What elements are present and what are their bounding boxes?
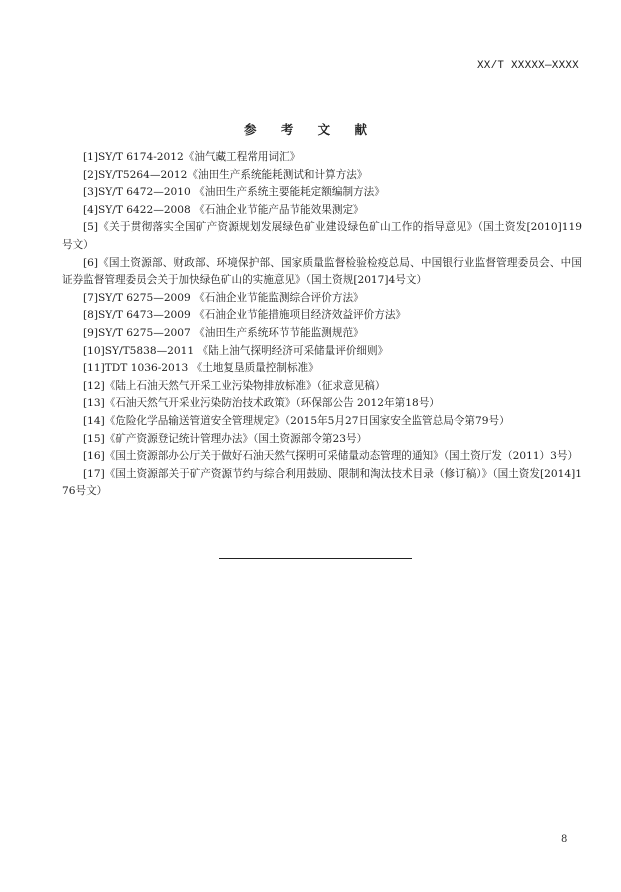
reference-item: [8]SY/T 6473—2009 《石油企业节能措施项目经济效益评价方法》 bbox=[62, 307, 582, 325]
end-divider-line bbox=[219, 558, 412, 559]
page-number: 8 bbox=[561, 834, 567, 845]
reference-item: [11]TDT 1036-2013 《土地复垦质量控制标准》 bbox=[62, 360, 582, 378]
reference-item: [4]SY/T 6422—2008 《石油企业节能产品节能效果测定》 bbox=[62, 202, 582, 220]
reference-item: [9]SY/T 6275—2007 《油田生产系统环节节能监测规范》 bbox=[62, 325, 582, 343]
reference-item: [7]SY/T 6275—2009 《石油企业节能监测综合评价方法》 bbox=[62, 290, 582, 308]
reference-item: [2]SY/T5264—2012《油田生产系统能耗测试和计算方法》 bbox=[62, 167, 582, 185]
reference-item: [3]SY/T 6472—2010 《油田生产系统主要能耗定额编制方法》 bbox=[62, 184, 582, 202]
reference-item: [13]《石油天然气开采业污染防治技术政策》（环保部公告 2012年第18号） bbox=[62, 395, 582, 413]
reference-item: [15]《矿产资源登记统计管理办法》（国土资源部令第23号） bbox=[62, 431, 582, 449]
reference-item: [12]《陆上石油天然气开采工业污染物排放标准》（征求意见稿） bbox=[62, 378, 582, 396]
reference-item: [5]《关于贯彻落实全国矿产资源规划发展绿色矿业建设绿色矿山工作的指导意见》（国… bbox=[62, 219, 582, 254]
reference-item: [16]《国土资源部办公厅关于做好石油天然气探明可采储量动态管理的通知》（国土资… bbox=[62, 448, 582, 466]
reference-item: [1]SY/T 6174-2012《油气藏工程常用词汇》 bbox=[62, 149, 582, 167]
reference-item: [14]《危险化学品输送管道安全管理规定》（2015年5月27日国家安全监管总局… bbox=[62, 413, 582, 431]
reference-list: [1]SY/T 6174-2012《油气藏工程常用词汇》 [2]SY/T5264… bbox=[62, 149, 582, 501]
reference-item: [17]《国土资源部关于矿产资源节约与综合利用鼓励、限制和淘汰技术目录（修订稿）… bbox=[62, 466, 582, 501]
section-title: 参 考 文 献 bbox=[0, 120, 621, 138]
reference-item: [6]《国土资源部、财政部、环境保护部、国家质量监督检验检疫总局、中国银行业监督… bbox=[62, 255, 582, 290]
standard-code-header: XX/T XXXXX—XXXX bbox=[477, 60, 579, 72]
reference-item: [10]SY/T5838—2011 《陆上油气探明经济可采储量评价细则》 bbox=[62, 343, 582, 361]
